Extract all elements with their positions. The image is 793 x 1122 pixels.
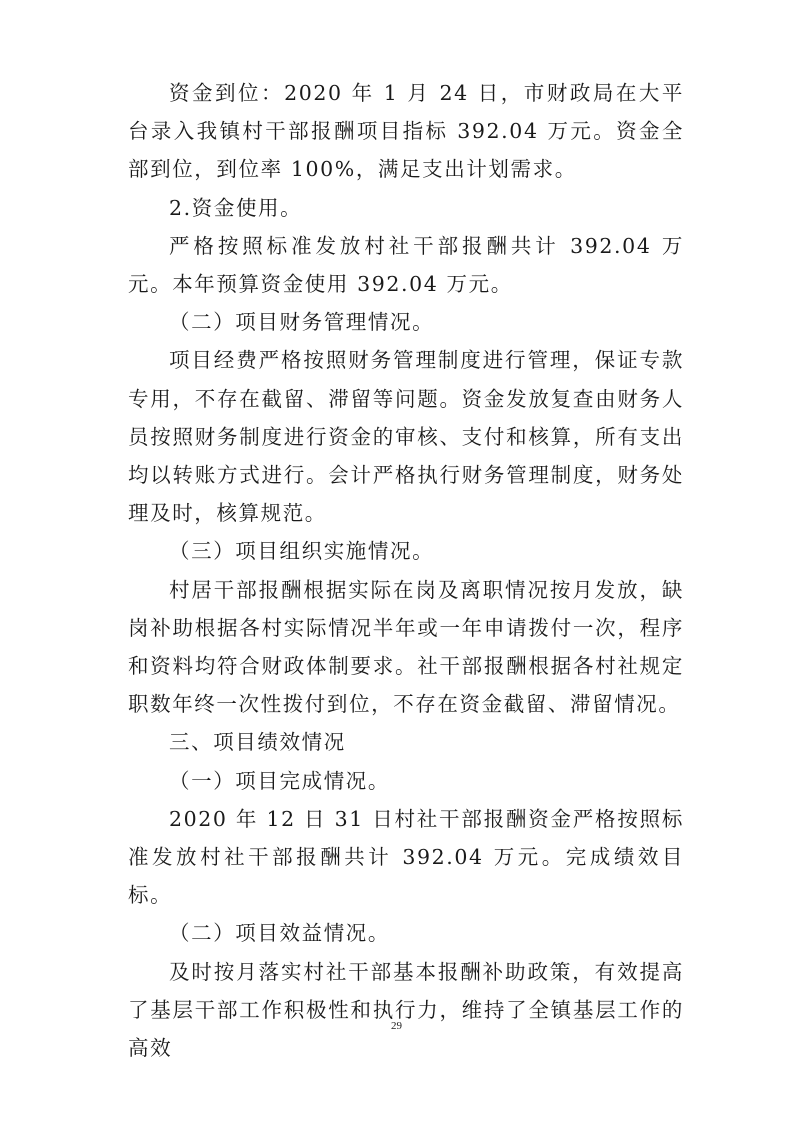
paragraph-benefits: 及时按月落实村社干部基本报酬补助政策，有效提高了基层干部工作积极性和执行力，维持…: [128, 953, 684, 1068]
paragraph-completion: 2020 年 12 日 31 日村社干部报酬资金严格按照标准发放村社干部报酬共计…: [128, 800, 684, 915]
paragraph-funds-usage: 严格按照标准发放村社干部报酬共计 392.04 万元。本年预算资金使用 392.…: [128, 227, 684, 303]
page-number: 29: [0, 1020, 793, 1032]
document-body: 资金到位：2020 年 1 月 24 日，市财政局在大平台录入我镇村干部报酬项目…: [128, 74, 684, 1067]
section-heading-financial-management: （二）项目财务管理情况。: [128, 303, 684, 341]
paragraph-implementation: 村居干部报酬根据实际在岗及离职情况按月发放，缺岗补助根据各村实际情况半年或一年申…: [128, 571, 684, 724]
section-heading-benefits: （二）项目效益情况。: [128, 914, 684, 952]
paragraph-funds-arrival: 资金到位：2020 年 1 月 24 日，市财政局在大平台录入我镇村干部报酬项目…: [128, 74, 684, 189]
section-heading-implementation: （三）项目组织实施情况。: [128, 532, 684, 570]
subheading-funds-usage: 2.资金使用。: [128, 189, 684, 227]
section-heading-completion: （一）项目完成情况。: [128, 762, 684, 800]
paragraph-financial-management: 项目经费严格按照财务管理制度进行管理，保证专款专用，不存在截留、滞留等问题。资金…: [128, 341, 684, 532]
chapter-heading-performance: 三、项目绩效情况: [128, 723, 684, 761]
